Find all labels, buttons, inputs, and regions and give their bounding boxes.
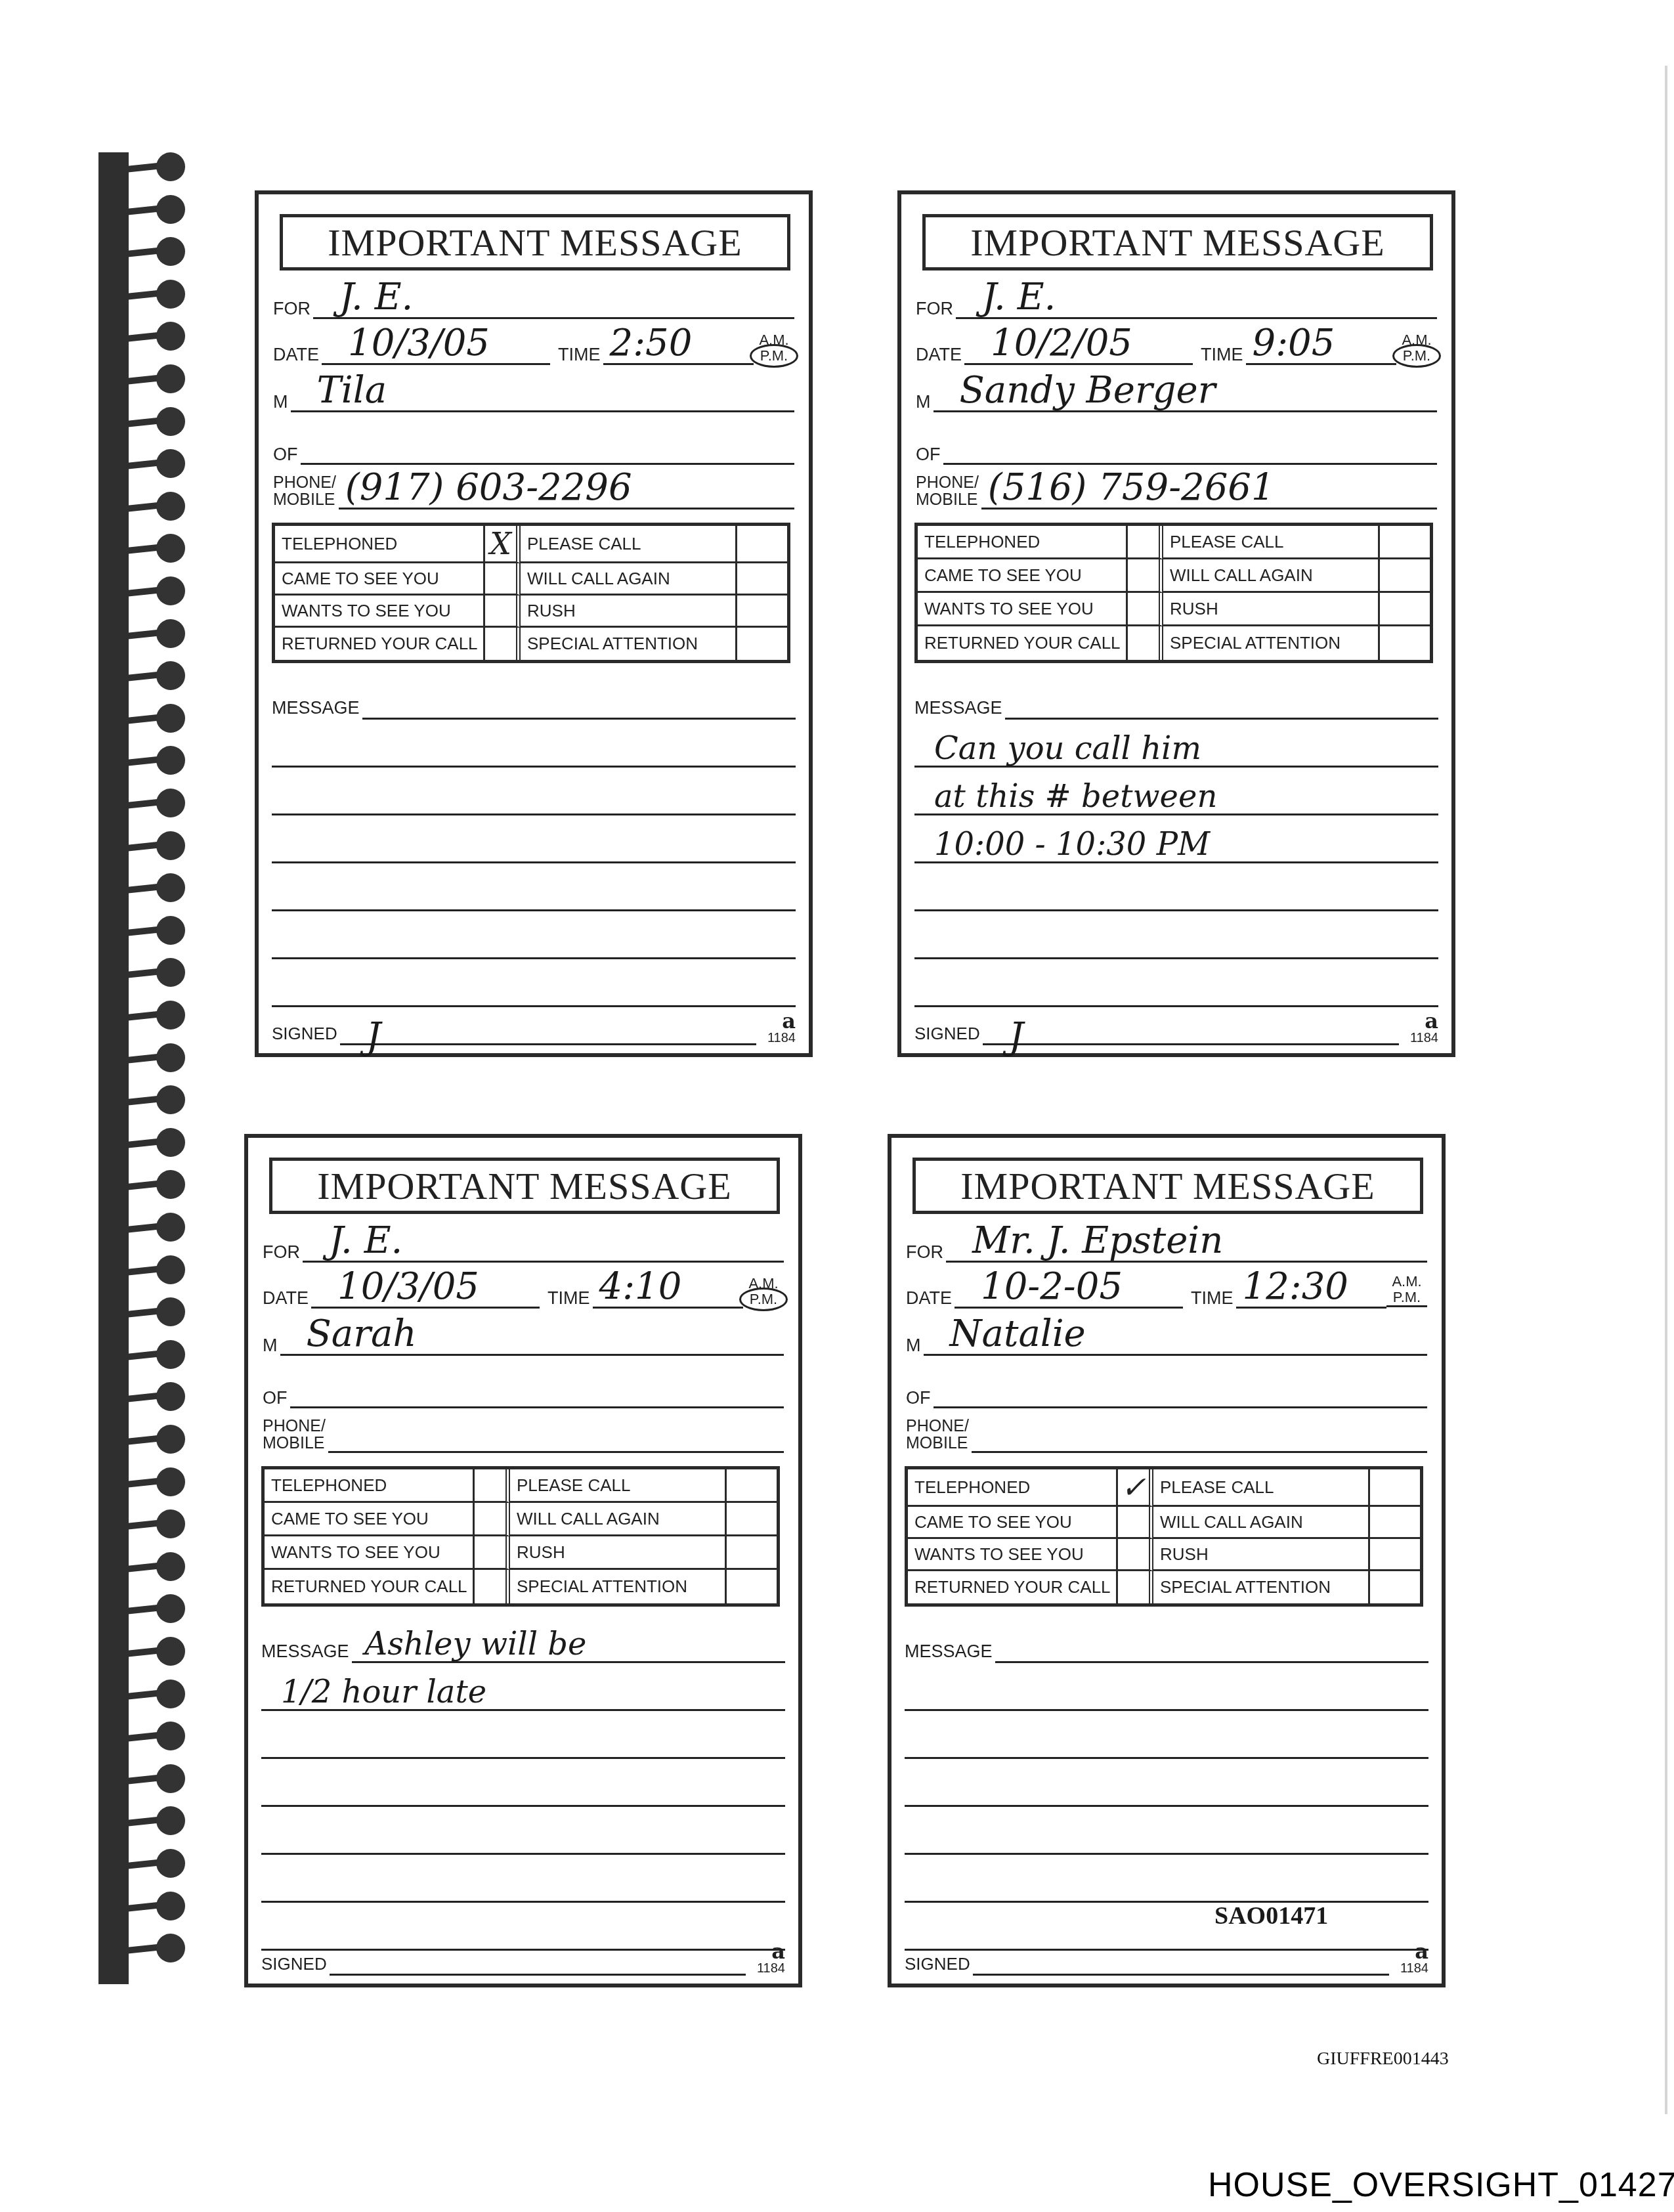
time-label: TIME [547, 1290, 590, 1309]
message-line[interactable] [905, 1663, 1428, 1711]
checkbox-label: SPECIAL ATTENTION [1163, 626, 1380, 660]
phone-label: PHONE/MOBILE [263, 1418, 326, 1453]
message-line[interactable] [905, 1807, 1428, 1855]
signed-field[interactable]: SIGNEDa1184 [261, 1936, 785, 1976]
checkbox-returned-your-call[interactable] [475, 1570, 510, 1603]
message-text: 1/2 hour late [281, 1676, 486, 1708]
signed-label: SIGNED [261, 1954, 327, 1976]
spiral-ring-icon [125, 1806, 190, 1835]
checkbox-telephoned[interactable]: ✓ [1118, 1469, 1153, 1507]
for-value: J. E. [339, 279, 413, 316]
phone-field[interactable]: PHONE/MOBILE(917) 603-2296 [273, 462, 794, 510]
checkbox-label: PLEASE CALL [510, 1469, 727, 1503]
checkbox-label: WANTS TO SEE YOU [908, 1539, 1118, 1571]
checkbox-label: PLEASE CALL [1163, 526, 1380, 559]
checkbox-label: TELEPHONED [275, 526, 485, 563]
form-title: IMPORTANT MESSAGE [922, 214, 1433, 271]
spiral-ring-icon [125, 1467, 190, 1496]
message-text: 10:00 - 10:30 PM [934, 829, 1210, 860]
signed-label: SIGNED [905, 1954, 970, 1976]
checkbox-rush[interactable] [1370, 1539, 1420, 1571]
checkbox-label: TELEPHONED [918, 526, 1128, 559]
spiral-ring-icon [125, 1170, 190, 1199]
checkbox-returned-your-call[interactable] [1128, 626, 1163, 660]
checkbox-special-attention[interactable] [727, 1570, 777, 1603]
message-line[interactable] [272, 768, 796, 815]
checkbox-rush[interactable] [737, 596, 787, 628]
message-slip: IMPORTANT MESSAGEFORJ. E.DATE10/3/05TIME… [255, 190, 813, 1057]
spiral-ring-icon [125, 1085, 190, 1114]
form-logo-icon: a [1389, 1941, 1428, 1961]
phone-label: PHONE/MOBILE [906, 1418, 969, 1453]
spiral-ring-icon [125, 152, 190, 181]
spiral-ring-icon [125, 1594, 190, 1623]
checkbox-label: RUSH [1153, 1539, 1370, 1571]
message-label: MESSAGE [914, 698, 1002, 720]
checkbox-label: WILL CALL AGAIN [1163, 559, 1380, 593]
message-line[interactable] [272, 720, 796, 768]
message-line[interactable]: MESSAGE [905, 1624, 1428, 1663]
checkbox-will-call-again[interactable] [1370, 1507, 1420, 1539]
signed-label: SIGNED [914, 1024, 980, 1045]
date-field[interactable]: 10/3/05 [322, 324, 550, 365]
for-value: J. E. [329, 1223, 402, 1259]
phone-value: (917) 603-2296 [345, 469, 632, 506]
message-area: MESSAGE [272, 680, 796, 1007]
spiral-ring-icon [125, 619, 190, 648]
spiral-ring-icon [125, 1849, 190, 1878]
checkbox-label: WILL CALL AGAIN [1153, 1507, 1370, 1539]
for-label: FOR [273, 300, 311, 319]
for-label: FOR [263, 1244, 300, 1263]
checkbox-will-call-again[interactable] [727, 1503, 777, 1536]
date-time-row: DATE10/3/05TIME2:50A.M.P.M. [273, 326, 794, 365]
message-area: MESSAGEAshley will be1/2 hour late [261, 1624, 785, 1951]
checkbox-label: RUSH [510, 1536, 727, 1570]
caller-field[interactable]: MSandy Berger [916, 373, 1437, 412]
signed-field[interactable]: SIGNEDJa1184 [272, 1006, 796, 1045]
am-label: A.M. [1392, 1273, 1421, 1290]
date-label: DATE [916, 346, 962, 365]
checkbox-label: SPECIAL ATTENTION [521, 628, 737, 660]
checkbox-special-attention[interactable] [1380, 626, 1430, 660]
message-label: MESSAGE [272, 698, 360, 720]
for-field[interactable]: FORMr. J. Epstein [906, 1223, 1427, 1263]
status-checkbox-grid: TELEPHONEDPLEASE CALLCAME TO SEE YOUWILL… [261, 1466, 780, 1607]
date-value: 10/3/05 [337, 1269, 479, 1305]
time-label: TIME [1191, 1290, 1234, 1309]
spiral-ring-icon [125, 1213, 190, 1242]
date-label: DATE [906, 1290, 952, 1309]
message-line[interactable]: 1/2 hour late [261, 1663, 785, 1711]
checkbox-wants-to-see-you[interactable] [1128, 593, 1163, 626]
message-line[interactable] [272, 815, 796, 863]
checkbox-label: WILL CALL AGAIN [521, 563, 737, 596]
spiral-ring-icon [125, 916, 190, 945]
time-field[interactable]: 4:10 [593, 1307, 744, 1309]
spiral-ring-icon [125, 407, 190, 436]
checkbox-label: RUSH [1163, 593, 1380, 626]
message-line[interactable]: MESSAGE [914, 680, 1438, 720]
date-time-row: DATE10-2-05TIME12:30A.M.P.M. [906, 1269, 1427, 1309]
checkbox-label: WANTS TO SEE YOU [918, 593, 1128, 626]
date-value: 10-2-05 [981, 1269, 1123, 1305]
checkbox-label: RUSH [521, 596, 737, 628]
time-value: 2:50 [610, 325, 693, 362]
checkbox-label: CAME TO SEE YOU [275, 563, 485, 596]
time-value: 9:05 [1253, 325, 1335, 362]
spiral-ring-icon [125, 1043, 190, 1072]
caller-value: Sandy Berger [960, 372, 1216, 409]
checkbox-rush[interactable] [727, 1536, 777, 1570]
time-field[interactable]: 2:50 [603, 363, 754, 365]
message-text: Ashley will be [365, 1628, 587, 1660]
of-field[interactable]: OF [273, 425, 794, 465]
message-line[interactable] [261, 1855, 785, 1903]
checkbox-label: PLEASE CALL [521, 526, 737, 563]
message-line[interactable] [272, 959, 796, 1007]
date-value: 10/2/05 [991, 325, 1132, 362]
message-line[interactable] [905, 1711, 1428, 1759]
date-field[interactable]: 10-2-05 [955, 1267, 1183, 1309]
date-label: DATE [263, 1290, 309, 1309]
spiral-ring-icon [125, 1128, 190, 1157]
signed-field[interactable]: SIGNEDJa1184 [914, 1006, 1438, 1045]
spiral-ring-icon [125, 1297, 190, 1326]
checkbox-returned-your-call[interactable] [1118, 1571, 1153, 1603]
caller-label: M [916, 393, 931, 412]
spiral-ring-icon [125, 789, 190, 817]
of-field[interactable]: OF [916, 425, 1437, 465]
date-time-row: DATE10/3/05TIME4:10A.M.P.M. [263, 1269, 784, 1309]
checkbox-wants-to-see-you[interactable] [1118, 1539, 1153, 1571]
form-logo-icon: a [1399, 1011, 1438, 1031]
spiral-ring-icon [125, 364, 190, 393]
spiral-ring-icon [125, 492, 190, 521]
status-checkbox-grid: TELEPHONEDXPLEASE CALLCAME TO SEE YOUWIL… [272, 523, 790, 663]
checkbox-label: CAME TO SEE YOU [265, 1503, 475, 1536]
time-value: 12:30 [1243, 1269, 1348, 1305]
for-label: FOR [906, 1244, 943, 1263]
date-value: 10/3/05 [348, 325, 490, 362]
checkbox-label: WILL CALL AGAIN [510, 1503, 727, 1536]
signed-field[interactable]: SIGNEDa1184 [905, 1936, 1428, 1976]
spiral-ring-icon [125, 661, 190, 690]
checkbox-special-attention[interactable] [737, 628, 787, 660]
spiral-ring-icon [125, 1382, 190, 1411]
for-value: Mr. J. Epstein [972, 1223, 1223, 1259]
caller-value: Tila [317, 372, 387, 409]
checkbox-will-call-again[interactable] [1380, 559, 1430, 593]
checkbox-special-attention[interactable] [1370, 1571, 1420, 1603]
caller-label: M [906, 1337, 921, 1356]
form-number: a1184 [746, 1941, 785, 1976]
status-checkbox-grid: TELEPHONEDPLEASE CALLCAME TO SEE YOUWILL… [914, 523, 1433, 663]
spiral-ring-icon [125, 704, 190, 733]
message-line[interactable] [272, 911, 796, 959]
checkbox-label: RETURNED YOUR CALL [918, 626, 1128, 660]
form-title: IMPORTANT MESSAGE [269, 1158, 780, 1214]
signed-value: J [1009, 1018, 1023, 1055]
checkbox-came-to-see-you[interactable] [1118, 1507, 1153, 1539]
caller-label: M [273, 393, 288, 412]
checkbox-label: SPECIAL ATTENTION [510, 1570, 727, 1603]
checkbox-telephoned[interactable]: X [485, 526, 521, 563]
spiral-ring-icon [125, 1637, 190, 1666]
checkbox-wants-to-see-you[interactable] [475, 1536, 510, 1570]
spiral-binding-icon [98, 152, 190, 1984]
message-line[interactable]: Can you call him [914, 720, 1438, 768]
checkbox-please-call[interactable] [1380, 526, 1430, 559]
checkbox-please-call[interactable] [737, 526, 787, 563]
checkbox-label: RETURNED YOUR CALL [265, 1570, 475, 1603]
for-label: FOR [916, 300, 953, 319]
checkbox-telephoned[interactable] [475, 1469, 510, 1503]
checkbox-label: SPECIAL ATTENTION [1153, 1571, 1370, 1603]
checkbox-returned-your-call[interactable] [485, 628, 521, 660]
signed-label: SIGNED [272, 1024, 337, 1045]
spiral-ring-icon [125, 280, 190, 309]
checkbox-label: CAME TO SEE YOU [918, 559, 1128, 593]
spiral-ring-icon [125, 1764, 190, 1793]
message-slip: IMPORTANT MESSAGEFORJ. E.DATE10/2/05TIME… [897, 190, 1455, 1057]
checkbox-label: RETURNED YOUR CALL [275, 628, 485, 660]
message-line[interactable]: MESSAGE [272, 680, 796, 720]
spiral-ring-icon [125, 1509, 190, 1538]
message-line[interactable] [261, 1807, 785, 1855]
form-title: IMPORTANT MESSAGE [280, 214, 790, 271]
pm-label[interactable]: P.M. [743, 1291, 784, 1307]
form-logo-icon: a [756, 1011, 796, 1031]
message-line[interactable] [905, 1855, 1428, 1903]
phone-label: PHONE/MOBILE [916, 474, 979, 510]
form-number: a1184 [1389, 1941, 1428, 1976]
spiral-ring-icon [125, 746, 190, 775]
spiral-ring-icon [125, 873, 190, 902]
checkbox-label: TELEPHONED [265, 1469, 475, 1503]
phone-field[interactable]: PHONE/MOBILE(516) 759-2661 [916, 462, 1437, 510]
message-line[interactable] [261, 1711, 785, 1759]
bates-stamp-sao: SAO01471 [1214, 1901, 1328, 1930]
checkbox-telephoned[interactable] [1128, 526, 1163, 559]
caller-value: Natalie [950, 1316, 1086, 1353]
spiral-ring-icon [125, 1934, 190, 1963]
message-slip: IMPORTANT MESSAGEFORMr. J. EpsteinDATE10… [888, 1134, 1446, 1987]
date-time-row: DATE10/2/05TIME9:05A.M.P.M. [916, 326, 1437, 365]
spiral-ring-icon [125, 958, 190, 987]
checkbox-please-call[interactable] [727, 1469, 777, 1503]
phone-value: (516) 759-2661 [988, 469, 1275, 506]
checkbox-came-to-see-you[interactable] [1128, 559, 1163, 593]
message-line[interactable] [905, 1759, 1428, 1807]
spiral-ring-icon [125, 322, 190, 351]
phone-label: PHONE/MOBILE [273, 474, 336, 510]
checkbox-will-call-again[interactable] [737, 563, 787, 596]
checkbox-label: WANTS TO SEE YOU [275, 596, 485, 628]
form-number: a1184 [1399, 1011, 1438, 1045]
signed-value: J [366, 1018, 381, 1055]
bates-stamp-giuffre: GIUFFRE001443 [1317, 2049, 1449, 2070]
message-text: Can you call him [934, 733, 1201, 764]
spiral-ring-icon [125, 534, 190, 563]
time-field[interactable]: 12:30 [1236, 1307, 1387, 1309]
caller-value: Sarah [307, 1316, 417, 1353]
spiral-ring-icon [125, 1892, 190, 1920]
phone-field[interactable]: PHONE/MOBILE [263, 1406, 784, 1453]
for-field[interactable]: FORJ. E. [916, 280, 1437, 319]
message-line[interactable]: at this # between [914, 768, 1438, 815]
caller-field[interactable]: MTila [273, 373, 794, 412]
checkbox-rush[interactable] [1380, 593, 1430, 626]
for-value: J. E. [982, 279, 1056, 316]
time-field[interactable]: 9:05 [1246, 363, 1397, 365]
date-field[interactable]: 10/2/05 [964, 324, 1193, 365]
message-label: MESSAGE [261, 1641, 349, 1663]
checkbox-came-to-see-you[interactable] [475, 1503, 510, 1536]
checkbox-label: TELEPHONED [908, 1469, 1118, 1507]
message-line[interactable] [272, 863, 796, 911]
spiral-ring-icon [125, 1001, 190, 1030]
spiral-ring-icon [125, 195, 190, 224]
pm-label[interactable]: P.M. [1386, 1290, 1427, 1307]
message-area: MESSAGE [905, 1624, 1428, 1951]
time-label: TIME [1201, 346, 1243, 365]
phone-field[interactable]: PHONE/MOBILE [906, 1406, 1427, 1453]
form-number: a1184 [756, 1011, 796, 1045]
caller-field[interactable]: MSarah [263, 1316, 784, 1356]
spiral-ring-icon [125, 1680, 190, 1708]
message-line[interactable] [914, 911, 1438, 959]
message-line[interactable] [914, 959, 1438, 1007]
checkbox-label: CAME TO SEE YOU [908, 1507, 1118, 1539]
message-text: at this # between [934, 781, 1217, 812]
message-line[interactable] [914, 863, 1438, 911]
message-slip: IMPORTANT MESSAGEFORJ. E.DATE10/3/05TIME… [244, 1134, 802, 1987]
form-logo-icon: a [746, 1941, 785, 1961]
spiral-ring-icon [125, 1340, 190, 1369]
message-line[interactable]: 10:00 - 10:30 PM [914, 815, 1438, 863]
caller-field[interactable]: MNatalie [906, 1316, 1427, 1356]
checkbox-label: PLEASE CALL [1153, 1469, 1370, 1507]
checkbox-please-call[interactable] [1370, 1469, 1420, 1507]
checkbox-label: RETURNED YOUR CALL [908, 1571, 1118, 1603]
message-line[interactable]: MESSAGEAshley will be [261, 1624, 785, 1663]
date-label: DATE [273, 346, 319, 365]
checkbox-came-to-see-you[interactable] [485, 563, 521, 596]
message-line[interactable] [261, 1759, 785, 1807]
checkbox-label: WANTS TO SEE YOU [265, 1536, 475, 1570]
pm-label[interactable]: P.M. [1396, 348, 1437, 364]
spiral-ring-icon [125, 576, 190, 605]
form-title: IMPORTANT MESSAGE [912, 1158, 1423, 1214]
time-label: TIME [558, 346, 601, 365]
of-field[interactable]: OF [263, 1369, 784, 1408]
of-field[interactable]: OF [906, 1369, 1427, 1408]
message-label: MESSAGE [905, 1641, 993, 1663]
spiral-ring-icon [125, 1722, 190, 1750]
message-area: MESSAGECan you call himat this # between… [914, 680, 1438, 1007]
for-field[interactable]: FORJ. E. [273, 280, 794, 319]
spiral-ring-icon [125, 1552, 190, 1581]
spiral-ring-icon [125, 237, 190, 266]
page-edge-divider [1665, 66, 1667, 2114]
for-field[interactable]: FORJ. E. [263, 1223, 784, 1263]
caller-label: M [263, 1337, 278, 1356]
checkbox-wants-to-see-you[interactable] [485, 596, 521, 628]
spiral-ring-icon [125, 1255, 190, 1284]
spiral-ring-icon [125, 1425, 190, 1454]
date-field[interactable]: 10/3/05 [311, 1267, 540, 1309]
spiral-ring-icon [125, 831, 190, 860]
bates-stamp-house-oversight: HOUSE_OVERSIGHT_014274 [1208, 2165, 1674, 2205]
time-value: 4:10 [599, 1269, 682, 1305]
pm-label[interactable]: P.M. [754, 348, 794, 364]
spiral-ring-icon [125, 449, 190, 478]
status-checkbox-grid: TELEPHONED✓PLEASE CALLCAME TO SEE YOUWIL… [905, 1466, 1423, 1607]
